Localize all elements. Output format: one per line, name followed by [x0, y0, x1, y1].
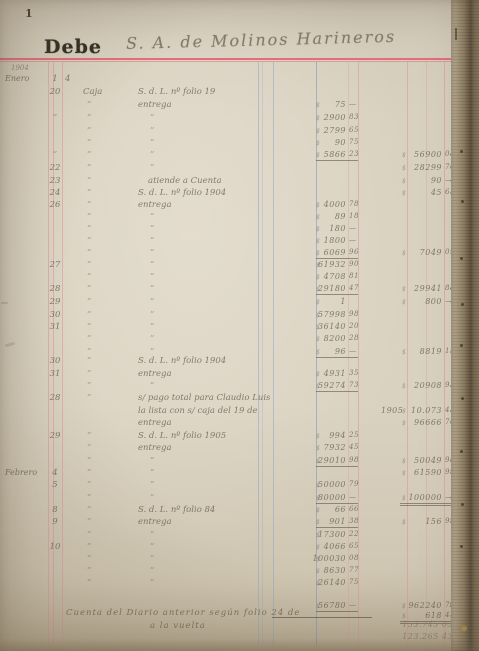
debit-amount-col1-cents: 98 [349, 310, 359, 318]
day-number: 10 [49, 542, 61, 552]
subtotal-underline-col1 [316, 160, 358, 161]
debit-amount-col1-cents: 38 [349, 517, 359, 525]
entry-description: ” [150, 163, 154, 173]
debit-amount-col1: 26140 [276, 578, 346, 587]
debit-amount-col1-cents: 65 [349, 542, 359, 550]
debit-amount-col1-cents: — [349, 493, 357, 501]
book-page-edge [451, 0, 479, 651]
entry-description: ” [150, 578, 154, 588]
entry-description: ” [150, 260, 154, 270]
debit-amount-col1: 90 [276, 138, 346, 147]
debit-amount-col1-cents: 20 [349, 322, 359, 330]
subtotal-underline-col1 [316, 391, 358, 392]
page-edge-spot [460, 150, 463, 153]
debit-amount-col1: 6069 [276, 248, 346, 257]
debit-amount-col1-cents: — [349, 100, 357, 108]
total-rule [272, 617, 372, 618]
debit-amount-col1: 59274 [276, 381, 346, 390]
day-number: 8 [49, 505, 61, 515]
day-number: 29 [49, 431, 61, 441]
page-edge-spot [461, 397, 464, 400]
account-name: ” [87, 236, 91, 246]
account-name: ” [87, 113, 91, 123]
debit-amount-col1-cents: 22 [349, 530, 359, 538]
subtotal-underline-col1 [316, 503, 358, 504]
debit-amount-col1-cents: 28 [349, 334, 359, 342]
debit-amount-col1: 29180 [276, 284, 346, 293]
account-name: ” [87, 248, 91, 258]
debit-amount-col1-cents: 77 [349, 566, 359, 574]
account-name: Caja [83, 87, 102, 97]
debit-amount-col1: 180 [276, 224, 346, 233]
header-rule-thin [0, 61, 453, 62]
pencil-smudge [5, 342, 15, 347]
account-name: ” [87, 517, 91, 527]
debit-amount-col2: 50049 [368, 456, 442, 465]
debit-amount-col1: 5866 [276, 150, 346, 159]
account-name: ” [87, 322, 91, 332]
debit-amount-col2: 156 [368, 517, 442, 526]
account-name: ” [87, 480, 91, 490]
account-name: ” [87, 530, 91, 540]
debit-amount-col1-cents: — [349, 224, 357, 232]
debit-amount-col2: 618 [368, 611, 442, 620]
debit-amount-col1-cents: 81 [349, 272, 359, 280]
debit-amount-col1: 1 [276, 297, 346, 306]
debit-amount-col1: 17300 [276, 530, 346, 539]
account-name: ” [87, 493, 91, 503]
debit-amount-col1: 2900 [276, 113, 346, 122]
account-name: ” [87, 138, 91, 148]
entry-description: ” [150, 530, 154, 540]
account-name: ” [87, 260, 91, 270]
debit-amount-col1: 100030 [276, 554, 346, 563]
entry-description: ” [150, 272, 154, 282]
debit-amount-col1: 4000 [276, 200, 346, 209]
debit-amount-col1-cents: 35 [349, 369, 359, 377]
entry-description: entrega [138, 369, 172, 379]
entry-description: ” [150, 150, 154, 160]
subtotal-underline-col2 [400, 503, 454, 504]
account-name: ” [87, 381, 91, 391]
debit-amount-col1: 7932 [276, 443, 346, 452]
debit-amount-col2: 96666 [368, 418, 442, 427]
subtotal-underline-col1 [316, 611, 358, 612]
page-number: 1 [25, 7, 33, 20]
debit-amount-col1-cents: — [349, 347, 357, 355]
account-name: ” [87, 334, 91, 344]
entry-description: entrega [138, 100, 172, 110]
page-edge-stain [461, 626, 467, 631]
debit-amount-col1: 50000 [276, 480, 346, 489]
day-number: 9 [49, 517, 61, 527]
subtotal-underline-col1 [316, 294, 358, 295]
debit-amount-col2: 45 [368, 188, 442, 197]
entry-description: S. d. L. nº folio 19 [138, 87, 215, 97]
entry-description: ” [150, 381, 154, 391]
entry-description: ” [150, 493, 154, 503]
day-number: 31 [49, 369, 61, 379]
account-name: ” [87, 212, 91, 222]
debit-amount-col1-cents: 96 [349, 248, 359, 256]
debit-amount-col2: 8819 [368, 347, 442, 356]
entry-description: ” [150, 212, 154, 222]
entry-description: ” [150, 554, 154, 564]
day-number: 1 [49, 74, 61, 84]
debit-amount-col1: 29010 [276, 456, 346, 465]
debit-amount-col1: 1800 [276, 236, 346, 245]
debit-amount-col1: 57998 [276, 310, 346, 319]
subtotal-underline-col2 [400, 505, 454, 506]
account-name: ” [87, 468, 91, 478]
month-label: Febrero [5, 468, 37, 477]
debit-amount-col2: 28299 [368, 163, 442, 172]
entry-description: ” [150, 566, 154, 576]
debit-amount-col1-cents: — [349, 601, 357, 609]
entry-description: S. d. L. nº folio 1904 [138, 356, 226, 366]
day-number: 28 [49, 393, 61, 403]
debit-amount-col1-cents: 73 [349, 381, 359, 389]
debit-amount-col2: 800 [368, 297, 442, 306]
debit-amount-col1: 80000 [276, 493, 346, 502]
page-edge-spot [460, 344, 463, 347]
account-name: ” [87, 393, 91, 403]
day-number: ” [49, 150, 61, 160]
closing-line: Cuenta del Diario anterior según folio 2… [66, 608, 300, 618]
debit-heading: Debe [44, 36, 102, 58]
entry-description: ” [150, 542, 154, 552]
debit-amount-col1-cents: 66 [349, 505, 359, 513]
day-number: 30 [49, 310, 61, 320]
debit-amount-col1-cents: 65 [349, 126, 359, 134]
day-number: ” [49, 113, 61, 123]
entry-description: S. d. L. nº folio 1904 [138, 188, 226, 198]
page-edge-spot [461, 200, 464, 203]
page-edge-mark [455, 28, 457, 40]
account-name: ” [87, 163, 91, 173]
debit-amount-col1-cents: 23 [349, 150, 359, 158]
entry-description: s/ pago total para Claudio Luis [138, 393, 270, 403]
debit-amount-col1: 8630 [276, 566, 346, 575]
account-name: ” [87, 100, 91, 110]
entry-description: ” [150, 297, 154, 307]
day-number: 24 [49, 188, 61, 198]
account-name: ” [87, 284, 91, 294]
account-name: ” [87, 224, 91, 234]
account-name: ” [87, 200, 91, 210]
entry-description: ” [150, 310, 154, 320]
day-number: 20 [49, 87, 61, 97]
day-number: 5 [49, 480, 61, 490]
debit-amount-col1-cents: 79 [349, 480, 359, 488]
account-name: ” [87, 310, 91, 320]
page-edge-spot [460, 257, 463, 260]
entry-description: entrega [138, 517, 172, 527]
page-edge-spot [460, 450, 463, 453]
entry-description: ” [150, 113, 154, 123]
pencil-smudge [1, 302, 8, 304]
debit-amount-col1-cents: 75 [349, 138, 359, 146]
debit-amount-col1: 4708 [276, 272, 346, 281]
debit-amount-col1-cents: — [349, 236, 357, 244]
debit-amount-col1-cents: 90 [349, 260, 359, 268]
debit-amount-col2: 10.073 [368, 406, 442, 415]
day-number: 29 [49, 297, 61, 307]
debit-amount-col1: 96 [276, 347, 346, 356]
ruling-line-pink [62, 62, 63, 645]
subtotal-underline-col1 [316, 527, 358, 528]
page-edge-spot [461, 303, 464, 306]
entry-description: ” [150, 322, 154, 332]
ruling-line-blue [258, 62, 259, 645]
debit-amount-col1: 8200 [276, 334, 346, 343]
debit-amount-col2: 100000 [368, 493, 442, 502]
debit-amount-col2: 29941 [368, 284, 442, 293]
page-edge-spot [461, 503, 464, 506]
ruling-line-blue [273, 62, 274, 645]
debit-amount-col1: 36140 [276, 322, 346, 331]
day-number: 22 [49, 163, 61, 173]
debit-amount-col2: 56900 [368, 150, 442, 159]
pencil-total: 153.745 03 [385, 620, 453, 629]
account-name: ” [87, 369, 91, 379]
account-title: S. A. de Molinos Harineros [126, 26, 426, 53]
page-edge-spot [460, 545, 463, 548]
entry-description: entrega [138, 200, 172, 210]
entry-description: S. d. L. nº folio 1905 [138, 431, 226, 441]
debit-amount-col1-cents: 45 [349, 443, 359, 451]
debit-amount-col1: 75 [276, 100, 346, 109]
account-name: ” [87, 456, 91, 466]
entry-description: atiende a Cuenta [148, 176, 222, 186]
account-name: ” [87, 150, 91, 160]
entry-description: entrega [138, 418, 172, 428]
entry-description: ” [150, 248, 154, 258]
account-name: ” [87, 542, 91, 552]
entry-description: ” [150, 126, 154, 136]
account-name: ” [87, 297, 91, 307]
entry-description: ” [150, 334, 154, 344]
entry-description: ” [150, 224, 154, 234]
account-name: ” [87, 356, 91, 366]
account-name: ” [87, 578, 91, 588]
account-name: ” [87, 188, 91, 198]
subtotal-underline-col1 [316, 258, 358, 259]
debit-amount-col1-cents: 25 [349, 431, 359, 439]
debit-amount-col1: 994 [276, 431, 346, 440]
account-name: ” [87, 176, 91, 186]
subtotal-underline-col1 [316, 357, 358, 358]
entry-description: ” [150, 456, 154, 466]
debit-amount-col1-cents: 98 [349, 456, 359, 464]
day-number: 31 [49, 322, 61, 332]
debit-amount-col1-cents: 18 [349, 212, 359, 220]
debit-amount-col2: 61590 [368, 468, 442, 477]
folio-number: 4 [65, 74, 70, 84]
ruling-line-blue [262, 62, 263, 645]
entry-description: ” [150, 284, 154, 294]
ledger-page: 1 Debe S. A. de Molinos Harineros 1904 E… [0, 0, 479, 651]
account-name: ” [87, 443, 91, 453]
debit-amount-col1: 4066 [276, 542, 346, 551]
debit-amount-col1: 901 [276, 517, 346, 526]
debit-amount-col1-cents: 75 [349, 578, 359, 586]
account-name: ” [87, 126, 91, 136]
debit-amount-col1: 4931 [276, 369, 346, 378]
debit-amount-col2: 90 [368, 176, 442, 185]
debit-amount-col1-cents: 78 [349, 200, 359, 208]
debit-amount-col1-cents: 83 [349, 113, 359, 121]
subtotal-underline-col1 [316, 466, 358, 467]
month-label: Enero [5, 74, 29, 83]
debit-amount-col1: 61932 [276, 260, 346, 269]
day-number: 28 [49, 284, 61, 294]
day-number: 26 [49, 200, 61, 210]
debit-amount-col1: 66 [276, 505, 346, 514]
account-name: ” [87, 566, 91, 576]
entry-description: S. d. L. nº folio 84 [138, 505, 215, 515]
entry-description: entrega [138, 443, 172, 453]
day-number: 4 [49, 468, 61, 478]
closing-line-2: a la vuelta [150, 621, 206, 631]
debit-amount-col1: 89 [276, 212, 346, 221]
debit-amount-col2: 20908 [368, 381, 442, 390]
entry-description: la lista con s/ caja del 19 de [138, 406, 258, 416]
entry-description: ” [150, 138, 154, 148]
entry-description: ” [150, 468, 154, 478]
day-number: 23 [49, 176, 61, 186]
debit-amount-col2: 7049 [368, 248, 442, 257]
debit-amount-col1: 2799 [276, 126, 346, 135]
debit-amount-col1-cents: 47 [349, 284, 359, 292]
account-name: ” [87, 272, 91, 282]
pencil-year-note: 1904 [11, 64, 29, 72]
pencil-total-2: 123.265 43 [385, 632, 453, 641]
day-number: 30 [49, 356, 61, 366]
account-name: ” [87, 431, 91, 441]
header-rule [0, 58, 453, 60]
entry-description: ” [150, 236, 154, 246]
day-number: 27 [49, 260, 61, 270]
debit-amount-col1-cents: 08 [349, 554, 359, 562]
debit-amount-col2: 962240 [368, 601, 442, 610]
account-name: ” [87, 505, 91, 515]
account-name: ” [87, 554, 91, 564]
entry-description: ” [150, 480, 154, 490]
